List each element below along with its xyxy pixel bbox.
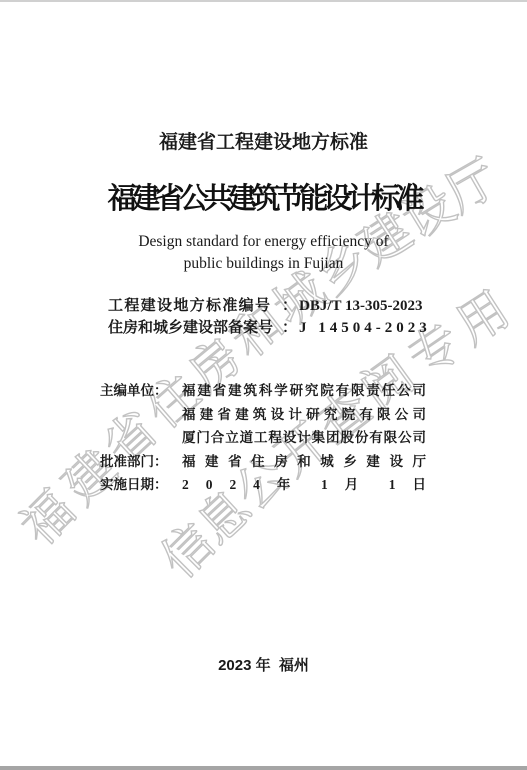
approval-department-row: 批准部门：福建省住房和城乡建设厅 [100,450,426,474]
credits-block: 主编单位：福建省建筑科学研究院有限责任公司 福建省建筑设计研究院有限公司 厦门合… [100,379,426,497]
record-number-value: J 14504-2023 [299,318,431,340]
document-title-english: Design standard for energy efficiency of… [0,231,527,275]
standard-number-row: 工程建设地方标准编号：DBJ/T 13-305-2023 [108,296,431,318]
implementation-date-value: 2 0 2 4 年 1 月 1 日 [182,473,426,497]
chief-editor-row-2: 福建省建筑设计研究院有限公司 [100,403,426,427]
implementation-date-label: 实施日期： [100,473,168,497]
chief-editor-value-2: 福建省建筑设计研究院有限公司 [182,403,426,427]
chief-editor-row: 主编单位：福建省建筑科学研究院有限责任公司 [100,379,426,403]
english-title-line-1: Design standard for energy efficiency of [0,231,527,253]
chief-editor-value-3: 厦门合立道工程设计集团股份有限公司 [182,426,426,450]
cover-content: 福建省工程建设地方标准 福建省公共建筑节能设计标准 Design standar… [0,0,527,770]
document-title: 福建省公共建筑节能设计标准 [0,181,527,217]
english-title-line-2: public buildings in Fujian [0,253,527,275]
standard-number-value: DBJ/T 13-305-2023 [299,296,422,318]
record-number-colon: ： [282,318,297,340]
standard-numbers-block: 工程建设地方标准编号：DBJ/T 13-305-2023 住房和城乡建设部备案号… [108,296,431,339]
implementation-date-row: 实施日期：2 0 2 4 年 1 月 1 日 [100,473,426,497]
standard-number-label: 工程建设地方标准编号 [108,296,270,318]
document-page: 福建省住房和城乡建设厅信息公开查阅专用 福建省工程建设地方标准 福建省公共建筑节… [0,0,527,770]
approval-department-label: 批准部门： [100,450,168,474]
chief-editor-label: 主编单位： [100,379,168,403]
approval-department-value: 福建省住房和城乡建设厅 [182,450,426,474]
standard-type-label: 福建省工程建设地方标准 [0,127,527,154]
chief-editor-value-1: 福建省建筑科学研究院有限责任公司 [182,379,426,403]
standard-number-colon: ： [282,296,297,318]
chief-editor-row-3: 厦门合立道工程设计集团股份有限公司 [100,426,426,450]
record-number-label: 住房和城乡建设部备案号 [108,318,270,340]
footer-year-city: 2023 年 福州 [0,654,527,675]
record-number-row: 住房和城乡建设部备案号：J 14504-2023 [108,318,431,340]
